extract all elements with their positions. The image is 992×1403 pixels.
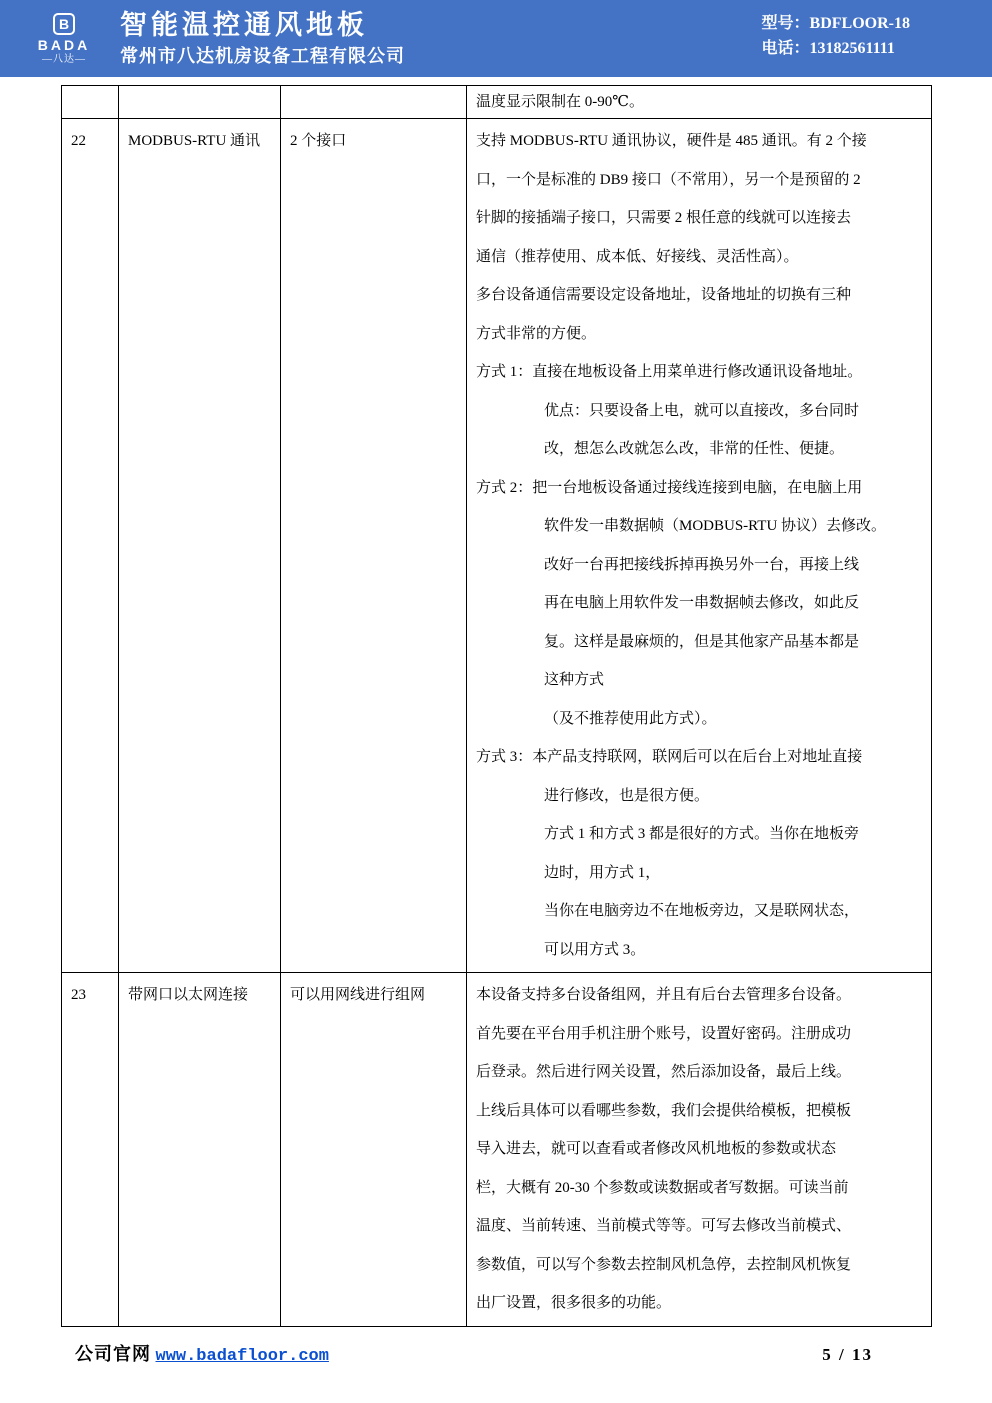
description-line: 出厂设置，很多很多的功能。: [476, 1284, 925, 1323]
table-row: 温度显示限制在 0-90℃。: [62, 86, 932, 119]
page-indicator: 5 / 13: [822, 1345, 873, 1365]
logo-mark-icon: B: [53, 13, 75, 35]
header-contact: 型号：BDFLOOR-18 电话：13182561111: [762, 11, 992, 66]
page-footer: 公司官网 www.badafloor.com 5 / 13: [61, 1340, 931, 1366]
row-feature-cell: 带网口以太网连接: [119, 973, 281, 1327]
row-number-cell: 23: [62, 973, 119, 1327]
description-line: 导入进去，就可以查看或者修改风机地板的参数或状态: [476, 1130, 925, 1169]
website-link[interactable]: www.badafloor.com: [156, 1347, 329, 1366]
description-line: 方式 1：直接在地板设备上用菜单进行修改通讯设备地址。: [476, 353, 925, 392]
description-line: 边时，用方式 1，: [476, 854, 925, 893]
description-line: 方式非常的方便。: [476, 315, 925, 354]
phone-label: 电话：: [762, 40, 810, 57]
description-line: 方式 1 和方式 3 都是很好的方式。当你在地板旁: [476, 815, 925, 854]
description-line: 这种方式: [476, 661, 925, 700]
row-description-cell: 支持 MODBUS-RTU 通讯协议，硬件是 485 通讯。有 2 个接口，一个…: [467, 119, 932, 973]
description-line: 复。这样是最麻烦的，但是其他家产品基本都是: [476, 623, 925, 662]
row-description-cell: 温度显示限制在 0-90℃。: [467, 86, 932, 119]
model-value: BDFLOOR-18: [810, 15, 910, 32]
model-label: 型号：: [762, 15, 810, 32]
website-label: 公司官网: [75, 1344, 151, 1364]
row-feature-cell: [119, 86, 281, 119]
phone-line: 电话：13182561111: [762, 41, 910, 57]
description-line: 后登录。然后进行网关设置，然后添加设备，最后上线。: [476, 1053, 925, 1092]
spec-table: 温度显示限制在 0-90℃。22MODBUS-RTU 通讯2 个接口支持 MOD…: [61, 85, 932, 1327]
header-bar: B BADA —八达— 智能温控通风地板 常州市八达机房设备工程有限公司 型号：…: [0, 0, 992, 77]
description-line: 通信（推荐使用、成本低、好接线、灵活性高）。: [476, 238, 925, 277]
company-logo: B BADA —八达—: [0, 13, 106, 65]
description-line: 进行修改，也是很方便。: [476, 777, 925, 816]
document-page: B BADA —八达— 智能温控通风地板 常州市八达机房设备工程有限公司 型号：…: [0, 0, 992, 1403]
company-name: 常州市八达机房设备工程有限公司: [120, 47, 405, 65]
description-line: 上线后具体可以看哪些参数，我们会提供给模板，把模板: [476, 1092, 925, 1131]
phone-value: 13182561111: [810, 40, 895, 57]
description-line: 改，想怎么改就怎么改，非常的任性、便捷。: [476, 430, 925, 469]
description-line: 口，一个是标准的 DB9 接口（不常用），另一个是预留的 2: [476, 161, 925, 200]
description-line: 软件发一串数据帧（MODBUS-RTU 协议）去修改。: [476, 507, 925, 546]
description-line: 温度显示限制在 0-90℃。: [476, 89, 925, 115]
description-line: 改好一台再把接线拆掉再换另外一台，再接上线: [476, 546, 925, 585]
row-spec-cell: 2 个接口: [281, 119, 467, 973]
row-description-cell: 本设备支持多台设备组网，并且有后台去管理多台设备。首先要在平台用手机注册个账号，…: [467, 973, 932, 1327]
description-line: 可以用方式 3。: [476, 931, 925, 970]
table-row: 22MODBUS-RTU 通讯2 个接口支持 MODBUS-RTU 通讯协议，硬…: [62, 119, 932, 973]
description-line: 支持 MODBUS-RTU 通讯协议，硬件是 485 通讯。有 2 个接: [476, 122, 925, 161]
row-number-cell: [62, 86, 119, 119]
website-line: 公司官网 www.badafloor.com: [61, 1340, 329, 1366]
row-number-cell: 22: [62, 119, 119, 973]
header-titles: 智能温控通风地板 常州市八达机房设备工程有限公司: [106, 12, 405, 65]
description-line: 温度、当前转速、当前模式等等。可写去修改当前模式、: [476, 1207, 925, 1246]
description-line: 首先要在平台用手机注册个账号，设置好密码。注册成功: [476, 1015, 925, 1054]
description-line: 再在电脑上用软件发一串数据帧去修改，如此反: [476, 584, 925, 623]
description-line: 方式 3：本产品支持联网，联网后可以在后台上对地址直接: [476, 738, 925, 777]
description-line: 当你在电脑旁边不在地板旁边，又是联网状态，: [476, 892, 925, 931]
row-spec-cell: [281, 86, 467, 119]
document-title: 智能温控通风地板: [120, 12, 405, 39]
logo-brand-chinese: —八达—: [42, 55, 86, 65]
description-line: 栏，大概有 20-30 个参数或读数据或者写数据。可读当前: [476, 1169, 925, 1208]
description-line: 优点：只要设备上电，就可以直接改，多台同时: [476, 392, 925, 431]
description-line: 本设备支持多台设备组网，并且有后台去管理多台设备。: [476, 976, 925, 1015]
description-line: 参数值，可以写个参数去控制风机急停，去控制风机恢复: [476, 1246, 925, 1285]
table-row: 23带网口以太网连接可以用网线进行组网本设备支持多台设备组网，并且有后台去管理多…: [62, 973, 932, 1327]
row-spec-cell: 可以用网线进行组网: [281, 973, 467, 1327]
description-line: 多台设备通信需要设定设备地址，设备地址的切换有三种: [476, 276, 925, 315]
description-line: 方式 2：把一台地板设备通过接线连接到电脑，在电脑上用: [476, 469, 925, 508]
logo-brand-text: BADA: [38, 38, 90, 52]
logo-letter: B: [59, 17, 69, 31]
model-line: 型号：BDFLOOR-18: [762, 16, 910, 32]
spec-table-body: 温度显示限制在 0-90℃。22MODBUS-RTU 通讯2 个接口支持 MOD…: [62, 86, 932, 1327]
description-line: 针脚的接插端子接口，只需要 2 根任意的线就可以连接去: [476, 199, 925, 238]
description-line: （及不推荐使用此方式）。: [476, 700, 925, 739]
row-feature-cell: MODBUS-RTU 通讯: [119, 119, 281, 973]
